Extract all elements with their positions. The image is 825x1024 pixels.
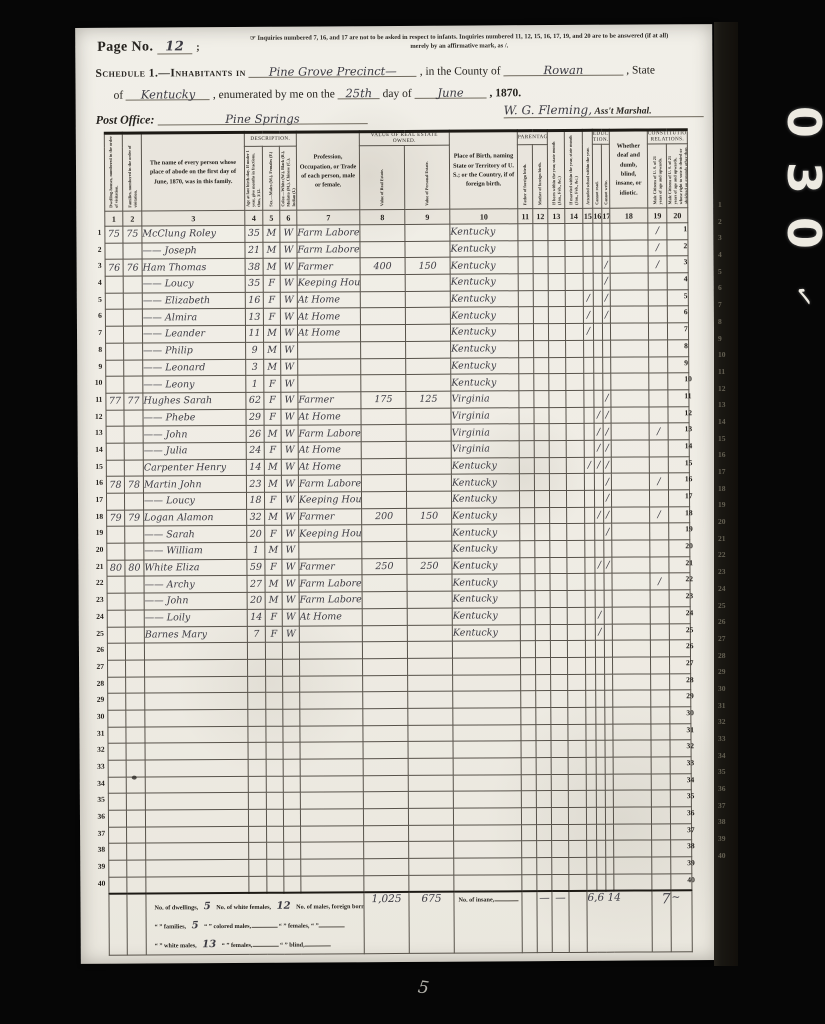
cell-dwelling	[107, 543, 125, 560]
cell-mark-15	[585, 590, 595, 607]
cell-mark-18	[612, 507, 650, 524]
cell	[109, 894, 127, 956]
cell-dwelling	[108, 693, 126, 710]
cell-color	[283, 676, 300, 693]
cell-mark-12	[536, 774, 551, 791]
cell-dwelling	[106, 460, 124, 477]
summary-label: “ ” white males,	[155, 942, 197, 949]
row-number: 5	[684, 288, 695, 305]
cell-mark-17: /	[604, 557, 612, 574]
row-number: 9	[684, 355, 695, 372]
cell-sex	[267, 843, 284, 860]
cell-mark-17	[605, 707, 613, 724]
cell-mark-11	[519, 357, 534, 374]
cell-mark-16	[594, 373, 603, 390]
cell-mark-12	[536, 691, 551, 708]
cell-occupation: At Home	[297, 308, 360, 325]
cell-real-estate	[363, 758, 408, 775]
page-no-mark: ;	[196, 41, 200, 53]
row-number: 36	[687, 805, 698, 822]
row-number: 40	[91, 876, 105, 893]
cell-personal-estate	[408, 691, 453, 708]
row-number: 5	[718, 264, 726, 281]
cell-name	[145, 726, 248, 743]
cell-mark-16	[596, 791, 605, 808]
cell-occupation	[298, 358, 361, 375]
cell-personal-estate	[407, 608, 452, 625]
cell-dwelling	[106, 443, 124, 460]
cell-mark-19	[652, 840, 671, 857]
summary-label: “ ” colored males,	[204, 923, 251, 930]
cell-mark-17: /	[602, 257, 610, 274]
cell-mark-13	[550, 574, 567, 591]
row-number: 29	[90, 692, 104, 709]
row-number: 31	[718, 698, 726, 715]
cell-real-estate	[362, 642, 407, 659]
cell-name: Logan Alamon	[144, 509, 247, 526]
cell-mark-19	[650, 590, 669, 607]
cell-color: W	[281, 425, 298, 442]
cell-mark-17: /	[602, 290, 610, 307]
cell-mark-19	[651, 723, 670, 740]
cell-mark-14	[566, 457, 584, 474]
cell-sex: M	[263, 242, 280, 259]
row-number: 13	[685, 421, 696, 438]
group-education: EDUCA-TION.	[592, 130, 609, 144]
cell-mark-12	[533, 240, 548, 257]
cell-mark-18	[611, 440, 649, 457]
cell-mark-12	[535, 541, 550, 558]
cell-mark-13	[550, 641, 567, 658]
cell-family	[124, 443, 143, 460]
cell-mark-19	[650, 557, 669, 574]
cell-mark-19	[652, 857, 671, 874]
cell-family	[124, 376, 143, 393]
group-parentage: PARENTAGE.	[517, 131, 547, 145]
state-value: Kentucky	[126, 89, 210, 101]
cell-name	[145, 759, 248, 776]
cell-mark-12	[534, 374, 549, 391]
cell-age: 11	[245, 325, 263, 342]
row-number: 19	[718, 497, 726, 514]
bottom-margin-mark: 5	[417, 977, 431, 998]
cell-mark-14	[566, 374, 584, 391]
row-number: 33	[91, 759, 105, 776]
insane-label: No. of insane,	[458, 896, 494, 903]
page-no-label: Page No.	[97, 39, 153, 54]
cell-dwelling: 75	[105, 226, 123, 243]
cell-mark-18	[610, 256, 648, 273]
cell-mark-17: /	[604, 507, 612, 524]
cell-color: W	[280, 309, 297, 326]
cell-family: 77	[124, 393, 143, 410]
row-number: 26	[90, 642, 104, 659]
row-number: 5	[88, 292, 102, 309]
cell-age: 62	[246, 392, 264, 409]
cell-mark-15	[584, 390, 594, 407]
cell-mark-14	[566, 390, 584, 407]
cell-mark-15	[586, 807, 596, 824]
cell-mark-15	[586, 791, 596, 808]
col-header-dwellings: Dwelling-houses, numbered in the order o…	[104, 133, 122, 211]
total-last-mark: ~	[671, 890, 692, 952]
row-number: 35	[91, 792, 105, 809]
cell-mark-15	[586, 657, 596, 674]
cell-mark-13	[548, 307, 565, 324]
cell-mark-15	[586, 691, 596, 708]
cell-mark-11	[520, 541, 535, 558]
row-number: 1	[718, 197, 726, 214]
cell-mark-12	[534, 474, 549, 491]
cell-color: W	[280, 258, 297, 275]
column-number: 18	[610, 208, 648, 223]
cell-name	[146, 843, 249, 860]
cell-mark-16	[593, 223, 602, 240]
row-number: 15	[89, 458, 103, 475]
row-number: 32	[686, 738, 697, 755]
cell-mark-16	[595, 574, 604, 591]
cell-personal-estate	[405, 324, 450, 341]
cell-mark-11	[519, 407, 534, 424]
cell-dwelling	[107, 610, 125, 627]
row-number: 14	[685, 438, 696, 455]
row-number: 34	[718, 748, 726, 765]
cell-personal-estate	[405, 308, 450, 325]
col-header-born-month: If born within the year, state month (Ja…	[547, 130, 564, 208]
cell-mark-19	[652, 824, 671, 841]
cell-family	[124, 493, 143, 510]
cell-mark-13	[550, 557, 567, 574]
total-education: 6,6 14	[587, 890, 652, 952]
row-number: 29	[718, 664, 726, 681]
cell-birthplace	[453, 658, 521, 675]
cell-family	[126, 760, 145, 777]
cell-mark-14	[565, 240, 583, 257]
cell-mark-17: /	[603, 490, 611, 507]
cell-mark-12	[537, 841, 552, 858]
cell-mark-19	[651, 690, 670, 707]
cell-occupation: Keeping House	[297, 275, 360, 292]
cell-name: —— Archy	[144, 576, 247, 593]
col-header-occupation: Profession, Occupation, or Trade of each…	[296, 132, 359, 210]
cell-mark-18	[613, 790, 651, 807]
cell-mark-12	[536, 741, 551, 758]
row-number: 4	[684, 271, 695, 288]
row-number: 15	[685, 455, 696, 472]
cell-mark-16	[593, 323, 602, 340]
cell-mark-13	[549, 407, 566, 424]
cell-mark-18	[610, 223, 648, 240]
cell-birthplace	[453, 774, 521, 791]
cell-mark-18	[613, 724, 651, 741]
cell-mark-13	[549, 390, 566, 407]
row-number: 11	[684, 388, 695, 405]
cell-personal-estate	[405, 291, 450, 308]
cell-family	[126, 660, 145, 677]
cell-mark-14	[569, 874, 587, 891]
cell-mark-19	[649, 373, 668, 390]
cell-mark-14	[565, 290, 583, 307]
cell-mark-17	[604, 540, 612, 557]
summary-value: 5	[200, 901, 215, 912]
row-number: 19	[685, 522, 696, 539]
cell-mark-18	[612, 640, 650, 657]
cell-family	[124, 360, 143, 377]
column-number: 9	[405, 209, 450, 224]
cell-mark-17: /	[604, 524, 612, 541]
cell-birthplace: Kentucky	[450, 240, 518, 257]
cell-sex: M	[264, 476, 281, 493]
cell-mark-19: /	[648, 240, 667, 257]
cell-occupation: Farm Laborer	[299, 575, 362, 592]
cell-age	[247, 642, 265, 659]
cell-occupation	[301, 876, 364, 893]
cell-mark-14	[567, 574, 585, 591]
col-header-mother-foreign: Mother of foreign birth.	[532, 145, 547, 209]
cell-real-estate	[362, 542, 407, 559]
cell-mark-19: /	[650, 507, 669, 524]
cell-occupation: Farmer	[299, 508, 362, 525]
row-number: 30	[718, 681, 726, 698]
cell-name	[146, 860, 249, 877]
cell-family	[126, 777, 145, 794]
cell-mark-16: /	[594, 440, 603, 457]
cell-birthplace: Kentucky	[450, 307, 518, 324]
cell-occupation	[301, 859, 364, 876]
cell-color: W	[282, 559, 299, 576]
total-dash-13: —	[552, 891, 569, 953]
cell-mark-13	[551, 757, 568, 774]
row-number: 37	[718, 798, 726, 815]
cell-personal-estate	[409, 842, 454, 859]
cell-mark-19	[651, 807, 670, 824]
signature-value: W. G. Fleming,	[504, 103, 592, 118]
cell-birthplace: Kentucky	[452, 524, 520, 541]
cell-mark-19	[651, 673, 670, 690]
cell-sex: M	[263, 259, 280, 276]
col-header-color: Color.—White (W.), Black (B.), Mulatto (…	[279, 146, 296, 210]
cell-birthplace: Kentucky	[450, 257, 518, 274]
cell-mark-18	[612, 590, 650, 607]
cell-mark-13	[550, 524, 567, 541]
cell-mark-18	[610, 273, 648, 290]
cell-real-estate	[360, 325, 405, 342]
cell-mark-12	[535, 574, 550, 591]
cell-sex	[266, 793, 283, 810]
cell-age: 3	[246, 359, 264, 376]
cell-mark-14	[568, 724, 586, 741]
cell-sex	[266, 676, 283, 693]
cell-mark-11	[520, 607, 535, 624]
cell-mark-18	[613, 707, 651, 724]
cell-family	[127, 860, 146, 877]
cell-mark-19	[649, 356, 668, 373]
col-header-name: The name of every person whose place of …	[141, 132, 244, 211]
cell-mark-14	[566, 357, 584, 374]
row-number: 2	[87, 241, 101, 258]
cell-real-estate	[360, 291, 405, 308]
cell-mark-12	[535, 624, 550, 641]
cell-age	[248, 709, 266, 726]
cell-birthplace: Kentucky	[452, 541, 520, 558]
column-number: 5	[263, 210, 280, 225]
cell-mark-13	[552, 841, 569, 858]
cell-mark-15	[585, 640, 595, 657]
cell-age: 1	[247, 542, 265, 559]
cell-mark-12	[533, 274, 548, 291]
cell-mark-11	[519, 441, 534, 458]
cell-color	[284, 876, 301, 893]
cell-mark-16	[594, 390, 603, 407]
cell-sex	[266, 709, 283, 726]
cell-name	[145, 743, 248, 760]
cell-real-estate	[363, 725, 408, 742]
cell-occupation: At Home	[298, 458, 361, 475]
cell-mark-11	[519, 391, 534, 408]
cell-age	[248, 759, 266, 776]
cell-real-estate	[362, 625, 407, 642]
cell-mark-14	[567, 624, 585, 641]
row-number: 26	[718, 614, 726, 631]
cell-mark-19	[648, 290, 667, 307]
cell-mark-16	[596, 774, 605, 791]
cell-mark-15	[585, 607, 595, 624]
row-number: 8	[684, 338, 695, 355]
cell-mark-11	[519, 457, 534, 474]
cell-color	[283, 809, 300, 826]
cell-mark-13	[549, 457, 566, 474]
enumerated-label: , enumerated by me on the	[213, 88, 335, 101]
summary-row: No. of dwellings, 5 No. of white females…	[109, 890, 692, 955]
cell-mark-18	[612, 607, 650, 624]
cell-sex: F	[264, 375, 281, 392]
cell-mark-17	[605, 657, 613, 674]
cell-name: —— Loily	[144, 609, 247, 626]
cell-mark-13	[548, 257, 565, 274]
cell-color: W	[281, 342, 298, 359]
row-number: 3	[88, 258, 102, 275]
cell-mark-16	[596, 707, 605, 724]
cell-mark-13	[549, 474, 566, 491]
cell-personal-estate	[409, 858, 454, 875]
cell-real-estate	[363, 742, 408, 759]
cell-mark-17	[603, 340, 611, 357]
cell-mark-12	[534, 457, 549, 474]
cell-name: —— Joseph	[142, 242, 245, 259]
cell-mark-13	[550, 607, 567, 624]
cell-mark-14	[567, 590, 585, 607]
cell-color: W	[282, 509, 299, 526]
cell-mark-16	[596, 657, 605, 674]
col-header-deaf-dumb: Whether deaf and dumb, blind, insane, or…	[609, 130, 647, 208]
cell-mark-17: /	[603, 473, 611, 490]
cell-mark-12	[536, 674, 551, 691]
cell-sex	[267, 859, 284, 876]
cell-name: —— William	[144, 542, 247, 559]
cell-mark-14	[567, 524, 585, 541]
cell-mark-12	[536, 707, 551, 724]
row-number: 36	[91, 809, 105, 826]
cell-name: Hughes Sarah	[143, 392, 246, 409]
cell-occupation: Keeping House	[299, 525, 362, 542]
cell-real-estate: 175	[361, 391, 406, 408]
row-number: 30	[90, 709, 104, 726]
cell-mark-11	[520, 507, 535, 524]
cell-birthplace: Virginia	[451, 407, 519, 424]
row-number: 11	[88, 392, 102, 409]
cell-mark-15	[583, 223, 593, 240]
signature-line: W. G. Fleming, Ass't Marshal.	[504, 102, 704, 118]
cell-dwelling	[107, 577, 125, 594]
cell-real-estate	[361, 408, 406, 425]
cell-sex	[267, 826, 284, 843]
cell-sex	[266, 743, 283, 760]
cell-mark-13	[551, 808, 568, 825]
summary-value: 13	[198, 939, 220, 950]
cell-real-estate	[363, 708, 408, 725]
cell-birthplace	[453, 724, 521, 741]
cell-mark-17	[605, 674, 613, 691]
row-number: 12	[718, 381, 726, 398]
cell-personal-estate	[407, 575, 452, 592]
cell-mark-13	[548, 223, 565, 240]
cell-sex: F	[265, 626, 282, 643]
cell-mark-15	[584, 340, 594, 357]
cell-dwelling	[108, 810, 126, 827]
cell-personal-estate	[409, 825, 454, 842]
cell-color	[282, 642, 299, 659]
cell-mark-19: /	[648, 256, 667, 273]
cell-birthplace: Virginia	[451, 441, 519, 458]
row-number: 36	[718, 781, 726, 798]
cell-birthplace: Virginia	[451, 424, 519, 441]
cell-color	[283, 792, 300, 809]
cell-dwelling	[109, 844, 127, 861]
cell-occupation: At Home	[299, 609, 362, 626]
cell-mark-17: /	[602, 273, 610, 290]
cell-mark-17	[605, 740, 613, 757]
cell-personal-estate	[408, 708, 453, 725]
cell-age: 16	[245, 292, 263, 309]
cell-sex: F	[263, 275, 280, 292]
cell-mark-14	[565, 257, 583, 274]
cell-name: —— Loucy	[143, 492, 246, 509]
group-constitutional: CONSTITUTIONAL RELATIONS.	[647, 130, 687, 144]
cell-personal-estate	[408, 725, 453, 742]
cell-age: 35	[245, 275, 263, 292]
row-number: 21	[89, 559, 103, 576]
cell-dwelling	[108, 760, 126, 777]
cell-name	[145, 809, 248, 826]
cell-real-estate	[364, 859, 409, 876]
cell-personal-estate	[407, 591, 452, 608]
row-number: 40	[687, 872, 698, 889]
cell-dwelling: 79	[107, 510, 125, 527]
cell-name: Barnes Mary	[144, 626, 247, 643]
cell-mark-17: /	[603, 440, 611, 457]
row-number: 6	[88, 308, 102, 325]
row-number: 4	[718, 247, 726, 264]
cell-mark-12	[533, 224, 548, 241]
cell-birthplace: Kentucky	[452, 574, 520, 591]
cell-mark-16	[596, 690, 605, 707]
cell-dwelling	[105, 243, 123, 260]
cell-mark-14	[568, 674, 586, 691]
cell-occupation	[298, 342, 361, 359]
cell-birthplace: Kentucky	[451, 341, 519, 358]
row-number: 27	[718, 631, 726, 648]
cell-dwelling	[106, 426, 124, 443]
